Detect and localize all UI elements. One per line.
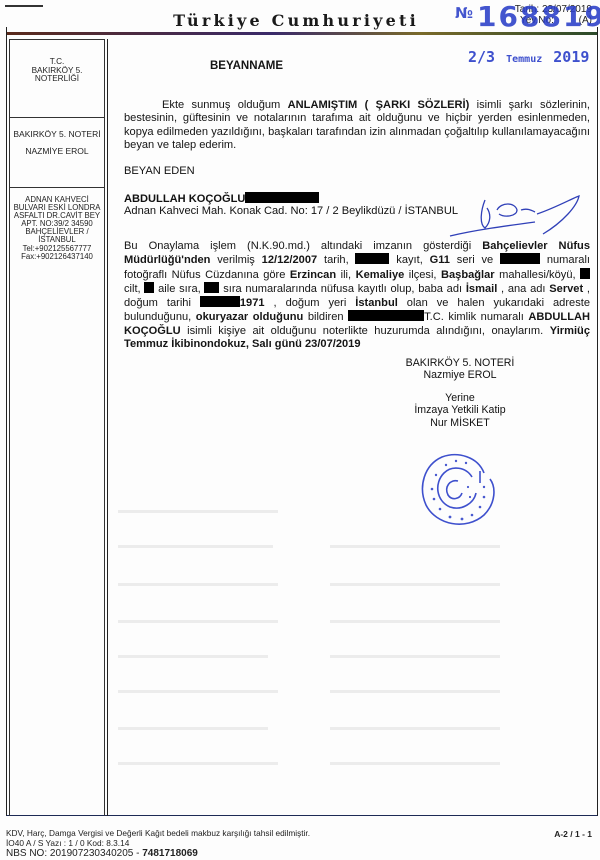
nbs-number-row: NBS NO: 201907230340205 - 7481718069 <box>6 848 310 859</box>
birth-place: İstanbul <box>355 297 398 309</box>
redaction-bar <box>204 282 219 293</box>
redaction-bar <box>500 253 540 264</box>
page-reference: A-2 / 1 - 1 <box>554 829 592 839</box>
redaction-bar <box>355 253 389 264</box>
text-run: bildiren <box>303 311 348 323</box>
notary-name: NAZMİYE EROL <box>10 143 104 160</box>
nbs-number: 7481718069 <box>142 848 198 859</box>
notary-title: BAKIRKÖY 5. NOTERİ <box>10 126 104 143</box>
sidebar-divider <box>10 117 104 118</box>
redaction-bar <box>580 268 590 279</box>
nbs-label: NBS NO: 201907230340205 - <box>6 848 142 859</box>
declaration-paragraph: Ekte sunmuş olduğum ANLAMIŞTIM ( ŞARKI S… <box>124 99 590 152</box>
text-run: , ana adı <box>497 283 549 295</box>
notary-seal-icon <box>410 443 502 535</box>
text-run: seri ve <box>450 254 500 266</box>
literacy-status: okuryazar olduğunu <box>196 311 303 323</box>
column-separator <box>107 39 108 816</box>
on-behalf-label: Yerine <box>400 392 520 404</box>
text-run: kayıt, <box>389 254 429 266</box>
text-run: aile sıra, <box>154 283 204 295</box>
fax-number: Fax:+902126437140 <box>10 253 104 261</box>
text-run: T.C. kimlik numaralı <box>424 311 528 323</box>
id-series: G11 <box>430 254 450 266</box>
text-run: sıra numaralarında nüfusa kayıtlı olup, … <box>219 283 465 295</box>
top-edge-mark <box>5 5 43 7</box>
notary-name: Nazmiye EROL <box>400 369 520 381</box>
declarant-label: BEYAN EDEN <box>124 165 195 177</box>
redaction-bar <box>245 192 319 203</box>
notary-person: BAKIRKÖY 5. NOTERİ NAZMİYE EROL <box>10 126 104 160</box>
declarant-address: Adnan Kahveci Mah. Konak Cad. No: 17 / 2… <box>124 205 458 217</box>
issue-date: 12/12/2007 <box>262 254 318 266</box>
text-run: isimli kişiye ait olduğunu noterlikte hu… <box>181 325 550 337</box>
father-name: İsmail <box>466 283 497 295</box>
redaction-bar <box>144 282 154 293</box>
sidebar-divider <box>10 187 104 188</box>
page-footer: KDV, Harç, Damga Vergisi ve Değerli Kağı… <box>6 829 310 859</box>
redaction-bar <box>200 296 240 307</box>
text-run: ilçesi, <box>404 269 441 281</box>
text-run: Bu Onaylama işlem (N.K.90.md.) altındaki… <box>124 240 482 252</box>
document-code: İO40 A / S Yazı : 1 / 0 Kod: 8.3.14 <box>6 839 310 849</box>
clerk-name: Nur MİSKET <box>400 417 520 429</box>
notary-sidebar: T.C. BAKIRKÖY 5. NOTERLİĞİ BAKIRKÖY 5. N… <box>9 39 105 816</box>
province: Erzincan <box>290 269 336 281</box>
text-run: mahallesi/köyü, <box>495 269 580 281</box>
handwritten-signature <box>445 188 585 248</box>
notary-office-title: BAKIRKÖY 5. NOTERİ <box>400 357 520 369</box>
declarant-name: ABDULLAH KOÇOĞLU <box>124 193 245 205</box>
neighborhood: Başbağlar <box>441 269 495 281</box>
notary-address: ADNAN KAHVECİ BULVARI ESKİ LONDRA ASFALT… <box>10 196 104 261</box>
text-run: Ekte sunmuş olduğum <box>162 99 288 111</box>
mother-name: Servet <box>549 283 583 295</box>
authorized-clerk-title: İmzaya Yetkili Katip <box>400 404 520 416</box>
text-run: verilmiş <box>210 254 261 266</box>
text-run: ili, <box>336 269 355 281</box>
notary-signature-block: BAKIRKÖY 5. NOTERİ Nazmiye EROL Yerine İ… <box>400 357 520 429</box>
notary-office-name: T.C. BAKIRKÖY 5. NOTERLİĞİ <box>10 58 104 84</box>
numero-sign: № <box>455 4 473 22</box>
district: Kemaliye <box>356 269 405 281</box>
work-title: ANLAMIŞTIM ( ŞARKI SÖZLERİ) <box>288 99 470 111</box>
text-run: , doğum yeri <box>265 297 356 309</box>
office-line: NOTERLİĞİ <box>10 75 104 84</box>
birth-year: 1971 <box>240 297 265 309</box>
document-title: BEYANNAME <box>210 60 283 72</box>
text-run: tarih, <box>317 254 355 266</box>
declarant-name-row: ABDULLAH KOÇOĞLU <box>124 192 319 205</box>
redaction-bar <box>348 310 424 321</box>
certification-paragraph: Bu Onaylama işlem (N.K.90.md.) altındaki… <box>124 240 590 351</box>
text-run: cilt, <box>124 283 144 295</box>
